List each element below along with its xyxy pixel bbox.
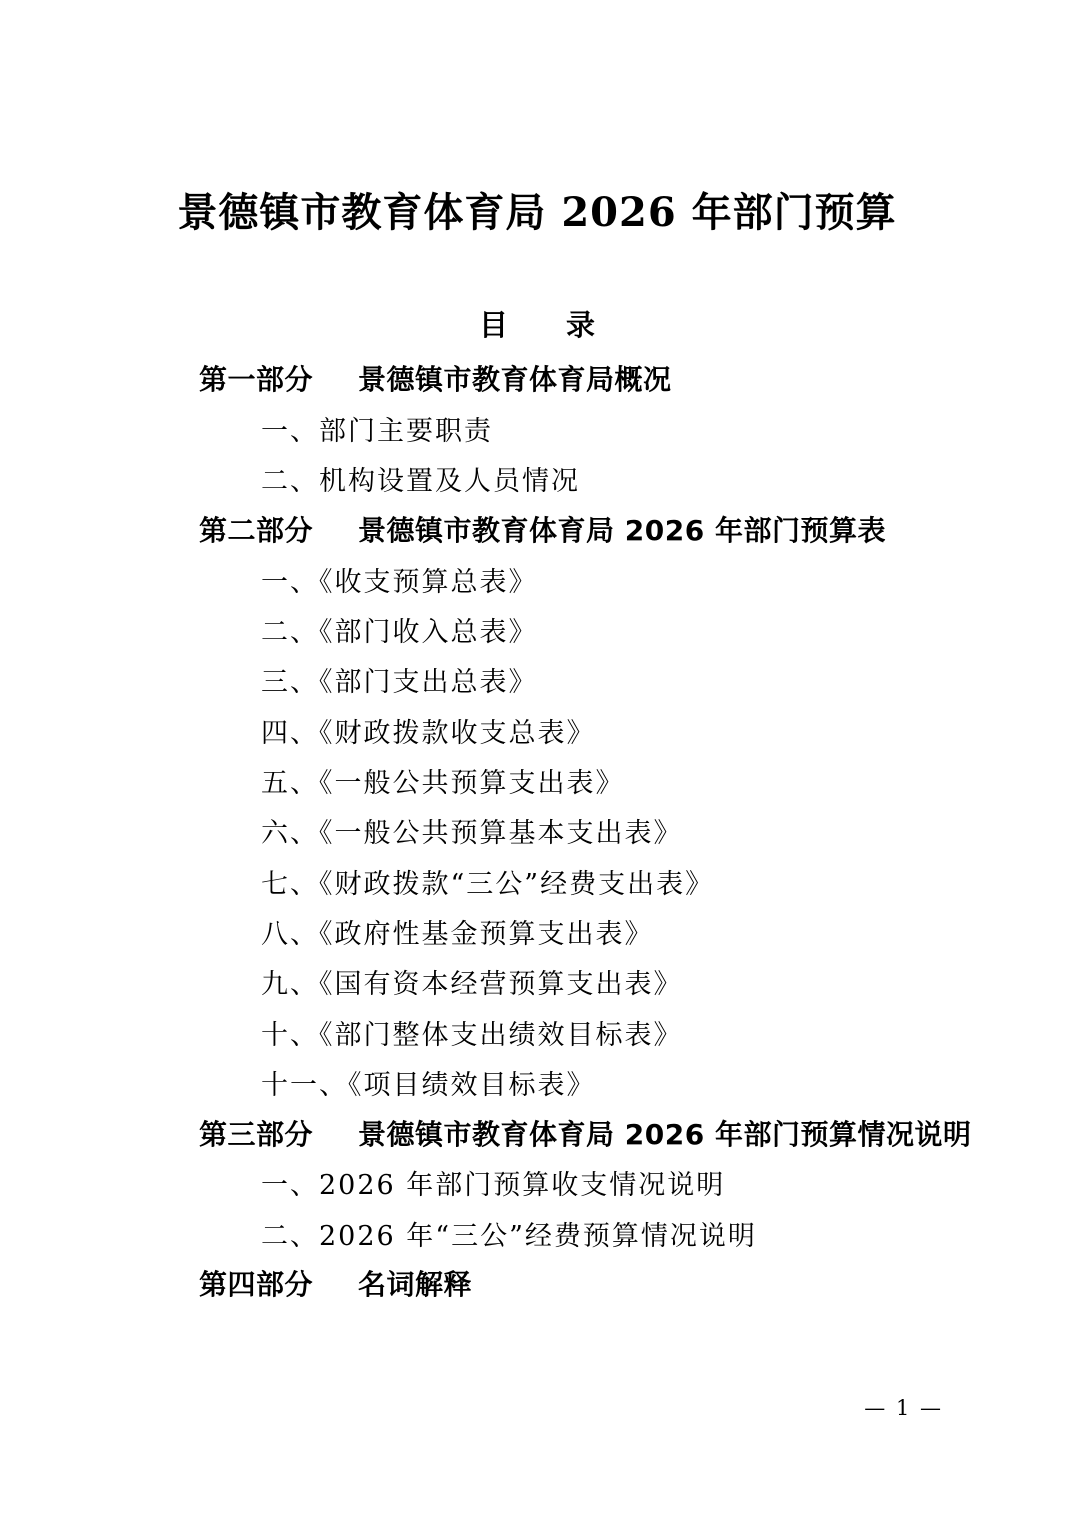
toc-item: 九、《国有资本经营预算支出表》 — [0, 957, 1074, 1007]
toc-item: 七、《财政拨款“三公”经费支出表》 — [0, 856, 1074, 906]
toc-section-3-label: 第三部分 — [199, 1113, 313, 1153]
toc-item: 三、《部门支出总表》 — [0, 655, 1074, 705]
toc-item: 二、《部门收入总表》 — [0, 604, 1074, 654]
toc-item: 四、《财政拨款收支总表》 — [0, 705, 1074, 755]
toc-section-3-header: 第三部分 景德镇市教育体育局 2026 年部门预算情况说明 — [0, 1107, 1074, 1157]
toc-section-4-title: 名词解释 — [358, 1263, 472, 1303]
document-title: 景德镇市教育体育局 2026 年部门预算 — [0, 0, 1074, 238]
toc-item: 十一、《项目绩效目标表》 — [0, 1057, 1074, 1107]
toc-item: 一、2026 年部门预算收支情况说明 — [0, 1158, 1074, 1208]
toc-section-4-label: 第四部分 — [199, 1263, 313, 1303]
toc-section-1-title: 景德镇市教育体育局概况 — [358, 358, 672, 398]
toc-item: 六、《一般公共预算基本支出表》 — [0, 806, 1074, 856]
toc-item: 十、《部门整体支出绩效目标表》 — [0, 1007, 1074, 1057]
toc-section-2-header: 第二部分 景德镇市教育体育局 2026 年部门预算表 — [0, 504, 1074, 554]
toc-section-2-label: 第二部分 — [199, 509, 313, 549]
toc-section-2-title: 景德镇市教育体育局 2026 年部门预算表 — [358, 509, 886, 549]
toc-heading: 目 录 — [0, 308, 1074, 342]
toc-item: 五、《一般公共预算支出表》 — [0, 755, 1074, 805]
document-page: 景德镇市教育体育局 2026 年部门预算 目 录 第一部分 景德镇市教育体育局概… — [0, 0, 1074, 1520]
page-number-text: — 1 — — [864, 1396, 943, 1420]
table-of-contents: 第一部分 景德镇市教育体育局概况 一、部门主要职责 二、机构设置及人员情况 第二… — [0, 353, 1074, 1309]
toc-item: 八、《政府性基金预算支出表》 — [0, 906, 1074, 956]
toc-section-1-label: 第一部分 — [199, 358, 313, 398]
toc-item: 一、部门主要职责 — [0, 403, 1074, 453]
toc-item: 一、《收支预算总表》 — [0, 554, 1074, 604]
toc-section-3-title: 景德镇市教育体育局 2026 年部门预算情况说明 — [358, 1113, 971, 1153]
page-number: — 1 — — [864, 1396, 943, 1420]
toc-section-1-header: 第一部分 景德镇市教育体育局概况 — [0, 353, 1074, 403]
toc-item: 二、2026 年“三公”经费预算情况说明 — [0, 1208, 1074, 1258]
toc-item: 二、机构设置及人员情况 — [0, 454, 1074, 504]
toc-section-4-header: 第四部分 名词解释 — [0, 1258, 1074, 1308]
